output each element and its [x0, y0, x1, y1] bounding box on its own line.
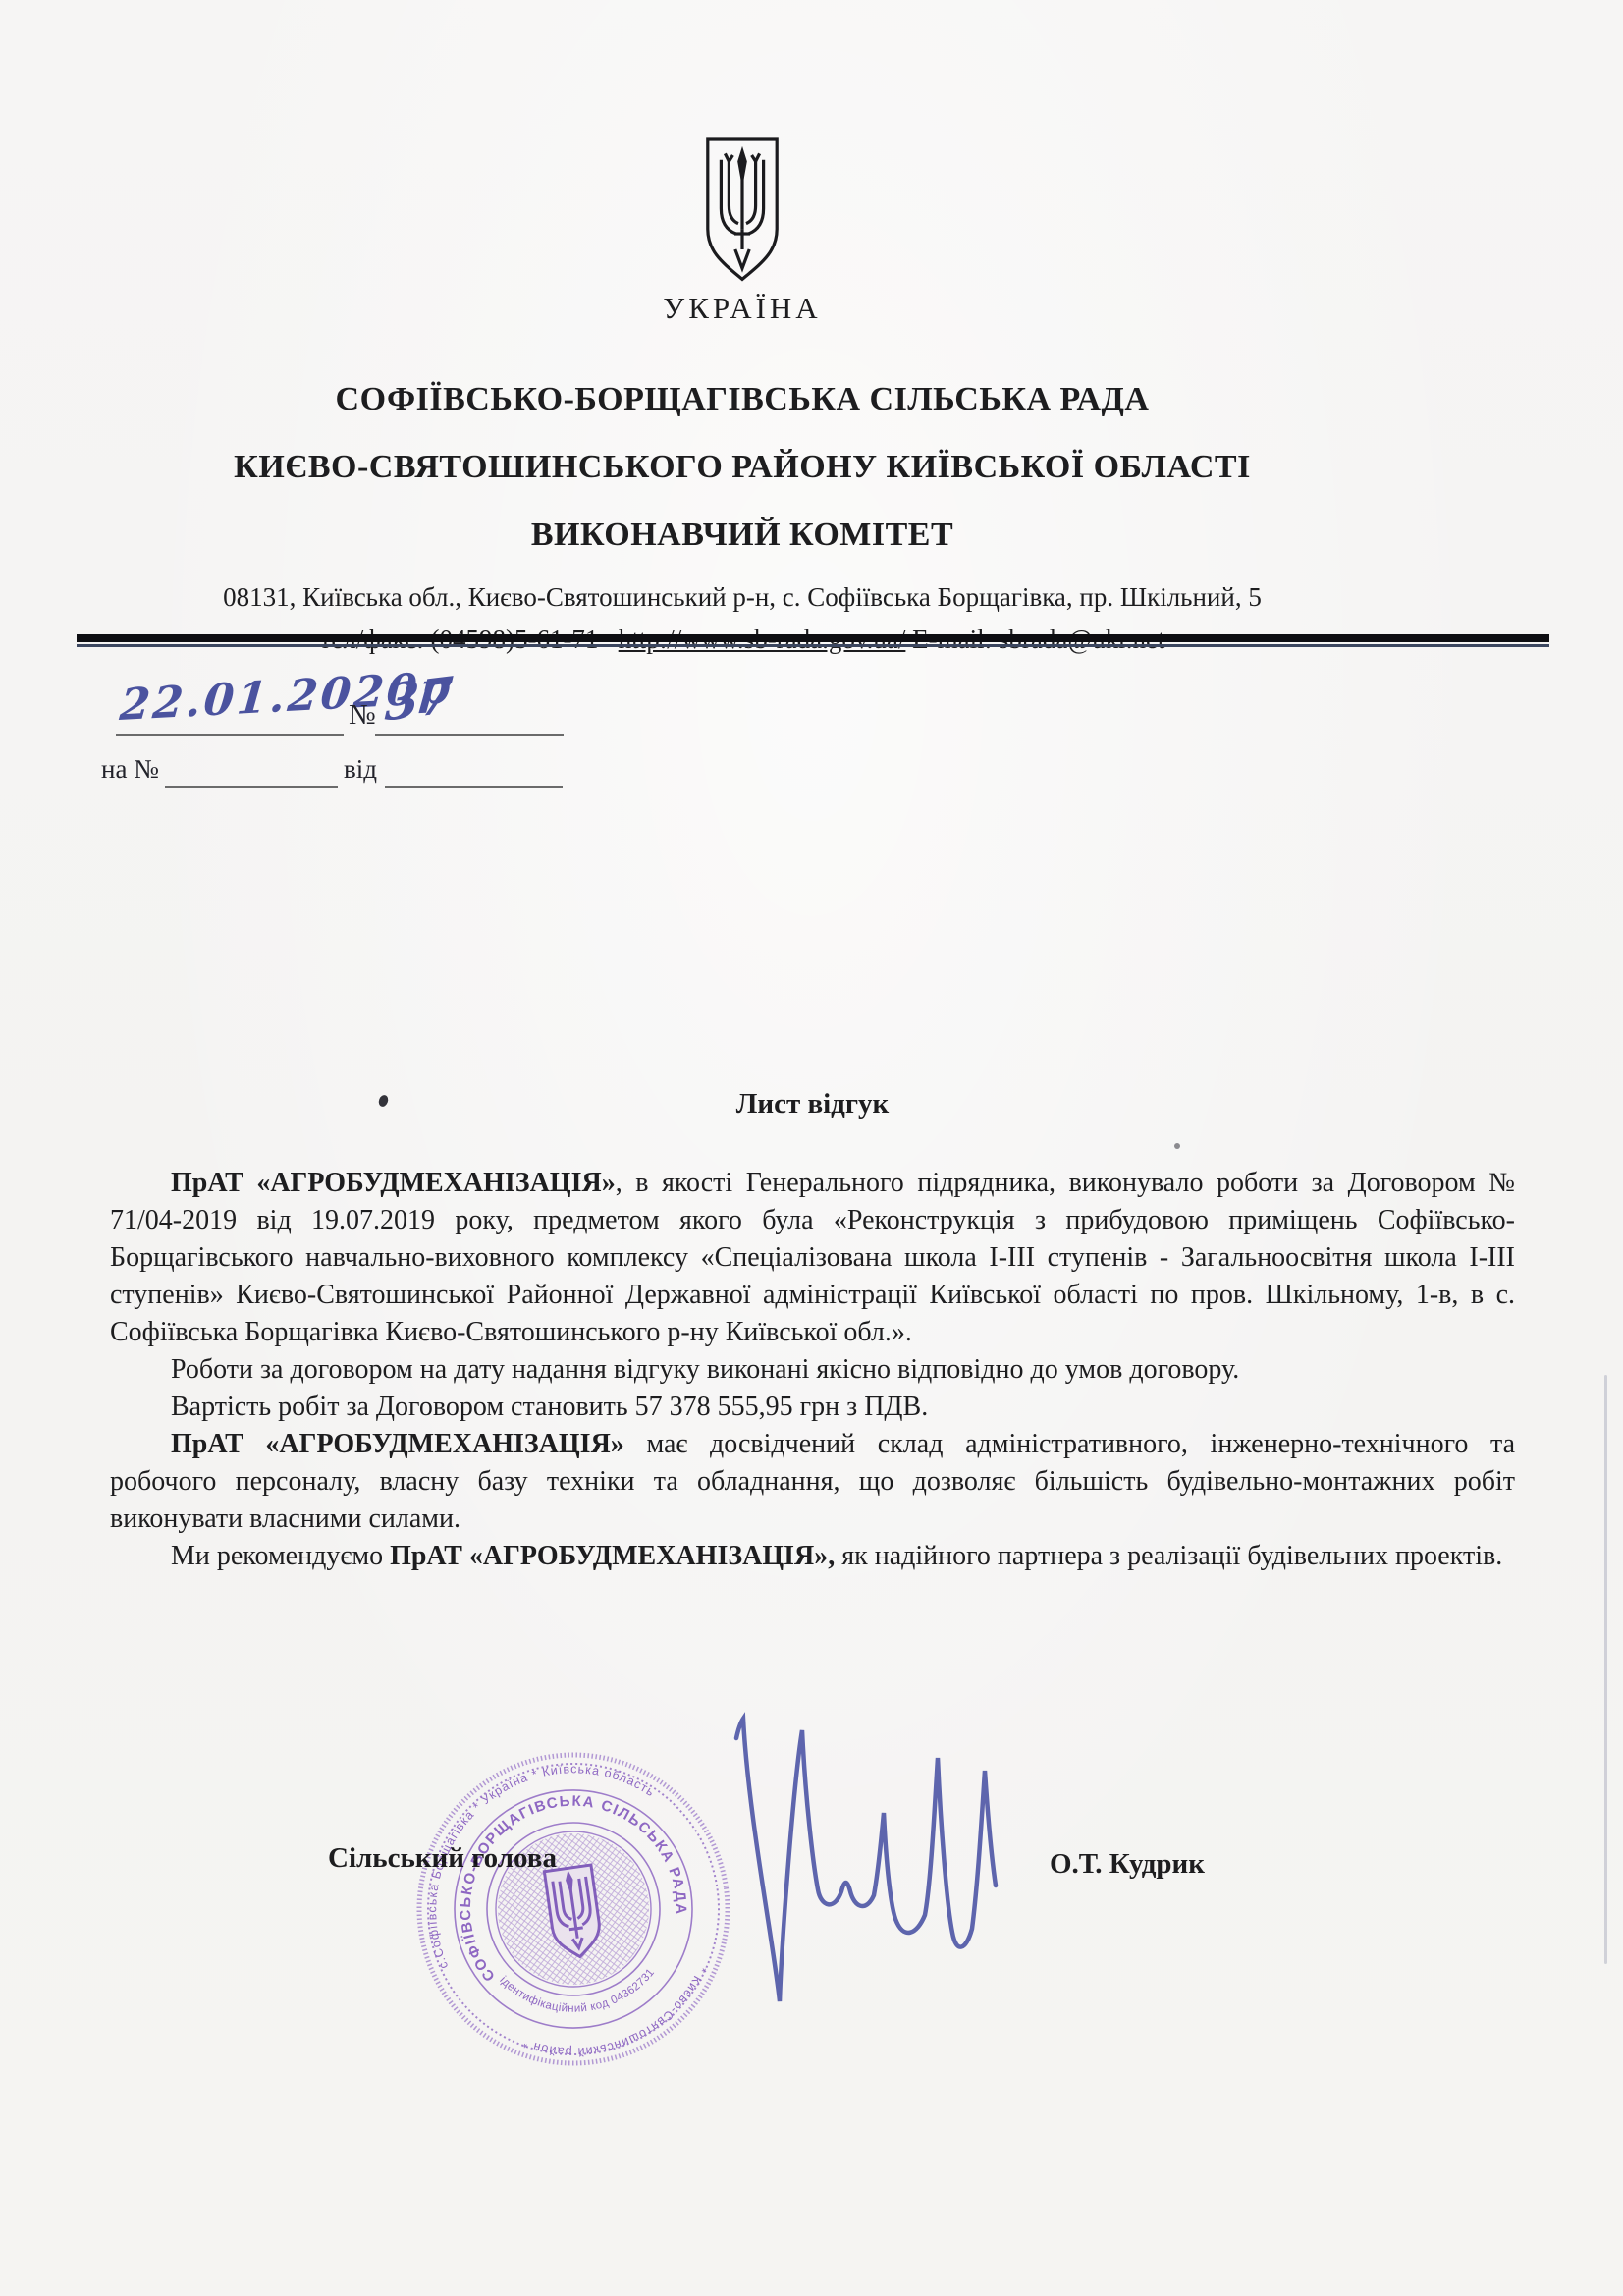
scan-crease [1604, 1375, 1607, 1964]
reply-number-underline [165, 786, 338, 788]
paragraph-text: як надійного партнера з реалізації будів… [835, 1541, 1502, 1571]
scanned-letter-page: УКРАЇНА СОФІЇВСЬКО-БОРЩАГІВСЬКА СІЛЬСЬКА… [0, 0, 1623, 2296]
letterhead-divider [77, 634, 1549, 647]
org-name-line2: КИЄВО-СВЯТОШИНСЬКОГО РАЙОНУ КИЇВСЬКОЇ ОБ… [0, 433, 1485, 501]
ink-speck [1174, 1143, 1180, 1149]
body-paragraph: Ми рекомендуємо ПрАТ «АГРОБУДМЕХАНІЗАЦІЯ… [110, 1538, 1515, 1575]
org-name-line1: СОФІЇВСЬКО-БОРЩАГІВСЬКА СІЛЬСЬКА РАДА [0, 365, 1485, 433]
number-sign-label: № [349, 699, 376, 732]
body-paragraph: ПрАТ «АГРОБУДМЕХАНІЗАЦІЯ» має досвідчени… [110, 1426, 1515, 1538]
body-paragraph: Роботи за договором на дату надання відг… [110, 1351, 1515, 1389]
body-paragraph: ПрАТ «АГРОБУДМЕХАНІЗАЦІЯ», в якості Гене… [110, 1165, 1515, 1351]
reply-date-underline [385, 786, 563, 788]
company-name-bold: ПрАТ «АГРОБУДМЕХАНІЗАЦІЯ» [171, 1429, 624, 1459]
org-name-line3: ВИКОНАВЧИЙ КОМІТЕТ [0, 501, 1485, 569]
reply-to-number-label: на № [101, 754, 159, 785]
signer-name: О.Т. Кудрик [1050, 1848, 1205, 1881]
paragraph-text: Роботи за договором на дату надання відг… [171, 1354, 1239, 1385]
country-label: УКРАЇНА [0, 291, 1485, 326]
company-name-bold: ПрАТ «АГРОБУДМЕХАНІЗАЦІЯ» [171, 1168, 616, 1198]
paragraph-text: Ми рекомендуємо [171, 1541, 390, 1571]
handwritten-outgoing-number: 37 [384, 665, 455, 732]
address-line: 08131, Київська обл., Києво-Святошинськи… [0, 582, 1485, 613]
letter-title: Лист відгук [110, 1088, 1515, 1121]
date-underline [116, 734, 344, 736]
paragraph-text: Вартість робіт за Договором становить 57… [171, 1392, 928, 1422]
number-underline [375, 734, 564, 736]
body-paragraph: Вартість робіт за Договором становить 57… [110, 1389, 1515, 1426]
letter-body: ПрАТ «АГРОБУДМЕХАНІЗАЦІЯ», в якості Гене… [110, 1165, 1515, 1575]
ukraine-trident-emblem-icon [703, 136, 782, 285]
company-name-bold: ПрАТ «АГРОБУДМЕХАНІЗАЦІЯ», [390, 1541, 835, 1571]
letterhead: УКРАЇНА СОФІЇВСЬКО-БОРЩАГІВСЬКА СІЛЬСЬКА… [0, 0, 1485, 655]
reply-from-label: від [344, 754, 377, 785]
handwritten-signature [687, 1697, 1041, 2021]
